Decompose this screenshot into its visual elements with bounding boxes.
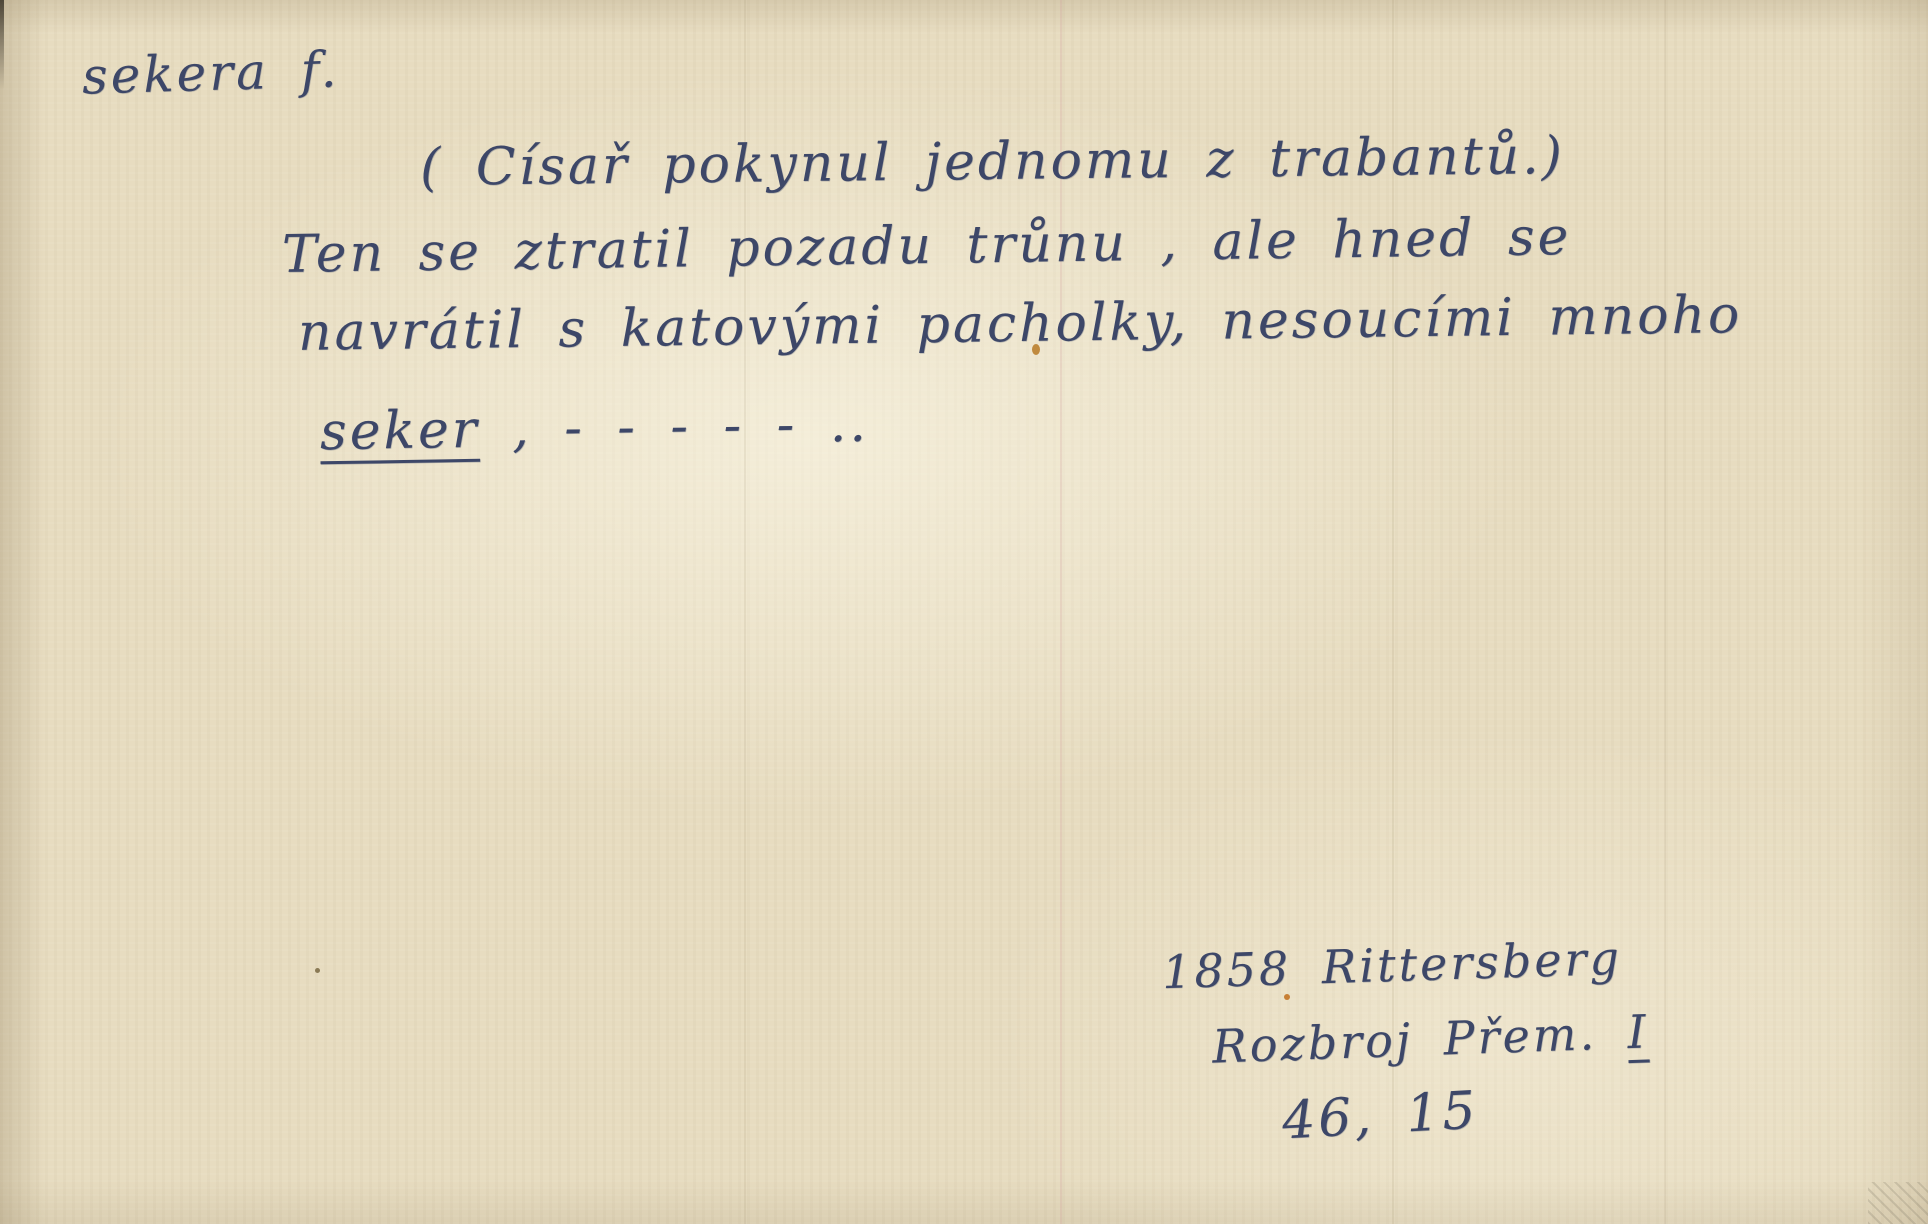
paper-speck — [315, 968, 320, 973]
body-line-2: Ten se ztratil pozadu trůnu , ale hned s… — [282, 207, 1572, 285]
citation-work: Rozbroj Přem. I — [1211, 1004, 1649, 1073]
citation-page-reference: 46, 15 — [1280, 1081, 1479, 1152]
scan-streak — [1664, 0, 1666, 1224]
body-line-4: seker , - - - - - .. — [320, 394, 870, 463]
headword: sekera f. — [81, 40, 340, 105]
underlined-word: seker — [320, 400, 481, 462]
body-line-1: ( Císař pokynul jednomu z trabantů.) — [420, 126, 1565, 198]
citation-work-title: Rozbroj Přem. — [1211, 1005, 1628, 1073]
citation-roman-numeral: I — [1627, 1004, 1650, 1059]
citation-year-author: 1858 Rittersberg — [1161, 931, 1622, 999]
card-scan: sekera f. ( Císař pokynul jednomu z trab… — [0, 0, 1928, 1224]
corner-pencil-hatch — [1868, 1182, 1928, 1224]
scan-edge-artifact — [0, 0, 4, 90]
body-line-3: navrátil s katovými pacholky, nesoucími … — [298, 285, 1743, 363]
trailing-dashes: , - - - - - .. — [479, 394, 869, 460]
